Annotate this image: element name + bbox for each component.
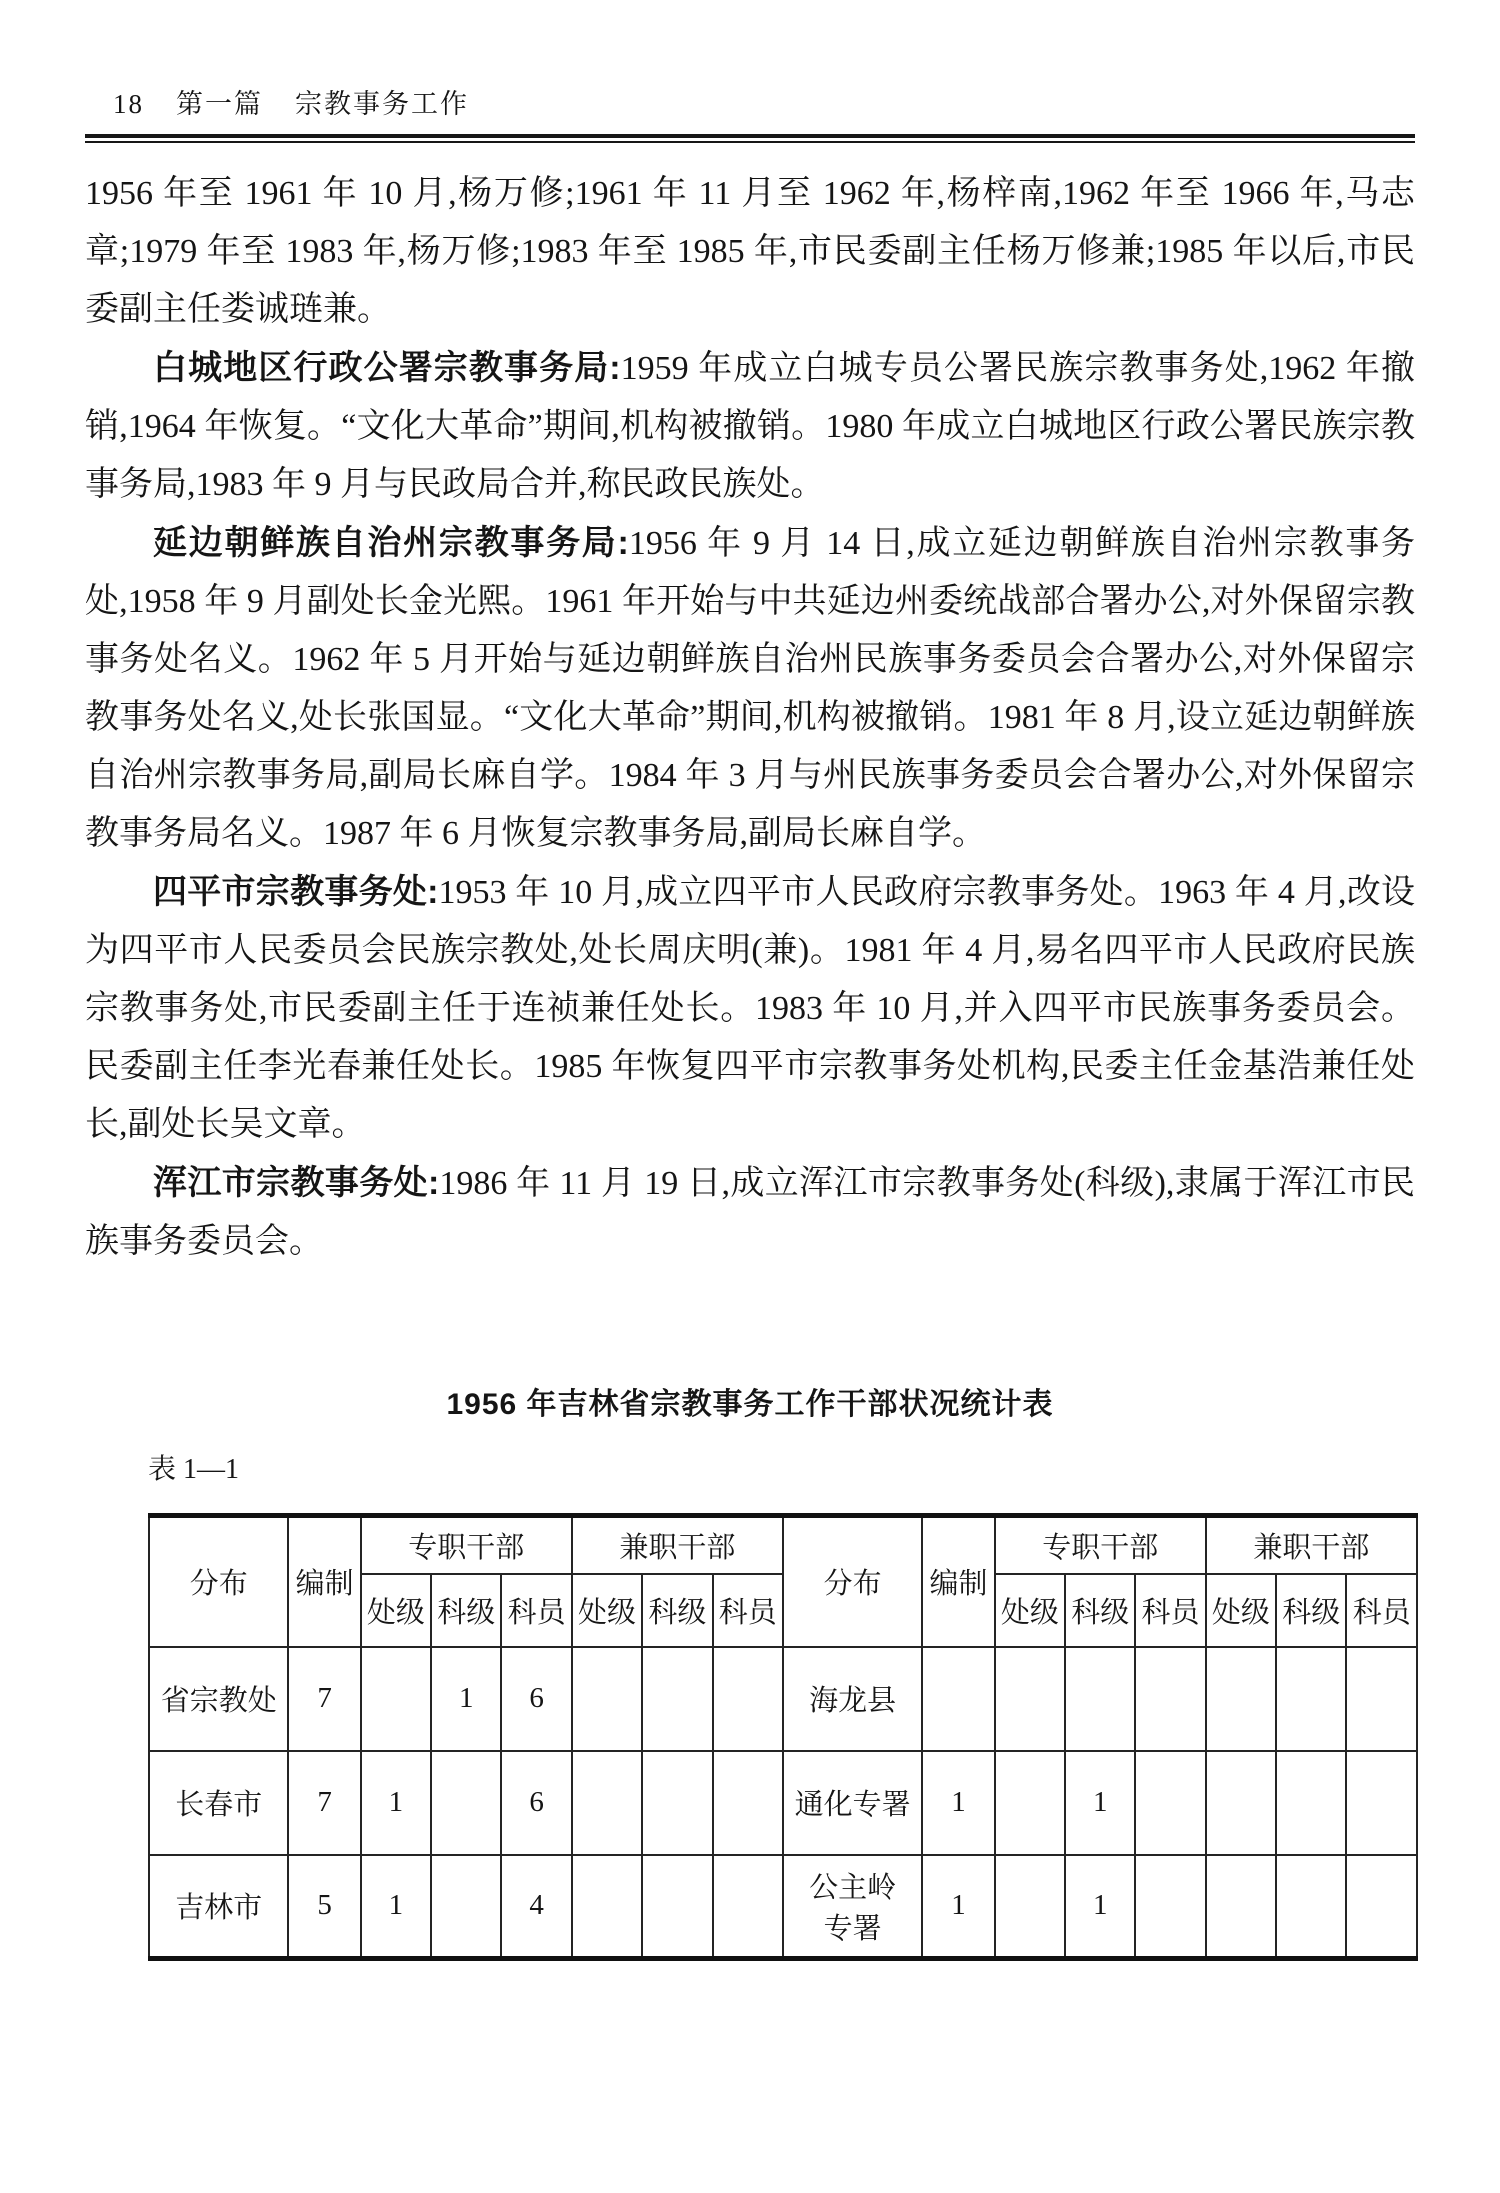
table-cell bbox=[995, 1647, 1065, 1751]
table-cell bbox=[572, 1855, 642, 1959]
row-label: 通化专署 bbox=[783, 1751, 922, 1855]
col-header-distribution: 分布 bbox=[149, 1516, 288, 1647]
row-label: 公主岭 专署 bbox=[783, 1855, 922, 1959]
table-cell bbox=[1206, 1647, 1276, 1751]
paragraph-text: 1953 年 10 月,成立四平市人民政府宗教事务处。1963 年 4 月,改设… bbox=[85, 874, 1415, 1143]
table-cell bbox=[1206, 1855, 1276, 1959]
table-cell bbox=[922, 1647, 994, 1751]
table-cell: 6 bbox=[501, 1647, 571, 1751]
header-rule bbox=[85, 134, 1415, 143]
table-cell bbox=[1276, 1647, 1346, 1751]
table-cell: 1 bbox=[431, 1647, 501, 1751]
table-cell: 5 bbox=[288, 1855, 360, 1959]
table-cell bbox=[1135, 1751, 1205, 1855]
col-header-fulltime-cadres: 专职干部 bbox=[995, 1516, 1206, 1574]
paragraph-lead: 四平市宗教事务处: bbox=[153, 873, 438, 911]
subcol-keyuan: 科员 bbox=[713, 1574, 783, 1647]
table-cell bbox=[642, 1647, 712, 1751]
col-header-establishment: 编制 bbox=[922, 1516, 994, 1647]
subcol-chuji: 处级 bbox=[572, 1574, 642, 1647]
running-head: 18 第一篇 宗教事务工作 bbox=[85, 82, 1415, 121]
table-cell bbox=[1135, 1647, 1205, 1751]
part-title: 宗教事务工作 bbox=[295, 82, 469, 121]
col-header-parttime-cadres: 兼职干部 bbox=[1206, 1516, 1417, 1574]
cadre-statistics-table: 分布 编制 专职干部 兼职干部 分布 编制 专职干部 兼职干部 处级 科级 科员… bbox=[148, 1513, 1418, 1961]
row-label: 长春市 bbox=[149, 1751, 288, 1855]
paragraph-siping: 四平市宗教事务处:1953 年 10 月,成立四平市人民政府宗教事务处。1963… bbox=[85, 863, 1415, 1154]
table-cell: 1 bbox=[361, 1751, 431, 1855]
subcol-chuji: 处级 bbox=[1206, 1574, 1276, 1647]
subcol-keyuan: 科员 bbox=[1346, 1574, 1417, 1647]
table-cell bbox=[995, 1855, 1065, 1959]
table-cell bbox=[1276, 1751, 1346, 1855]
subcol-keji: 科级 bbox=[1276, 1574, 1346, 1647]
table-cell: 1 bbox=[922, 1855, 994, 1959]
table-cell: 1 bbox=[361, 1855, 431, 1959]
table-label: 表 1—1 bbox=[148, 1447, 1415, 1487]
row-label: 省宗教处 bbox=[149, 1647, 288, 1751]
col-header-distribution: 分布 bbox=[783, 1516, 922, 1647]
table-cell: 4 bbox=[501, 1855, 571, 1959]
paragraph-text: 1956 年 9 月 14 日,成立延边朝鲜族自治州宗教事务处,1958 年 9… bbox=[85, 525, 1415, 852]
paragraph-yanbian: 延边朝鲜族自治州宗教事务局:1956 年 9 月 14 日,成立延边朝鲜族自治州… bbox=[85, 514, 1415, 863]
table-cell: 6 bbox=[501, 1751, 571, 1855]
table-cell bbox=[1276, 1855, 1346, 1959]
table-cell bbox=[642, 1855, 712, 1959]
row-label: 海龙县 bbox=[783, 1647, 922, 1751]
table-cell bbox=[572, 1751, 642, 1855]
table-cell bbox=[361, 1647, 431, 1751]
subcol-keyuan: 科员 bbox=[1135, 1574, 1205, 1647]
table-cell bbox=[1206, 1751, 1276, 1855]
table-caption: 1956 年吉林省宗教事务工作干部状况统计表 bbox=[85, 1379, 1415, 1423]
table-cell: 1 bbox=[922, 1751, 994, 1855]
table-cell: 7 bbox=[288, 1751, 360, 1855]
row-label: 吉林市 bbox=[149, 1855, 288, 1959]
paragraph-lead: 浑江市宗教事务处: bbox=[153, 1164, 439, 1202]
table-row: 长春市 7 1 6 通化专署 1 1 bbox=[149, 1751, 1417, 1855]
table-cell: 1 bbox=[1065, 1751, 1135, 1855]
subcol-keji: 科级 bbox=[642, 1574, 712, 1647]
subcol-keji: 科级 bbox=[1065, 1574, 1135, 1647]
table-cell bbox=[713, 1855, 783, 1959]
table-cell bbox=[431, 1751, 501, 1855]
table-cell bbox=[713, 1751, 783, 1855]
table-cell: 1 bbox=[1065, 1855, 1135, 1959]
table-cell bbox=[1135, 1855, 1205, 1959]
paragraph-text: 1956 年至 1961 年 10 月,杨万修;1961 年 11 月至 196… bbox=[85, 175, 1415, 328]
col-header-fulltime-cadres: 专职干部 bbox=[361, 1516, 572, 1574]
col-header-establishment: 编制 bbox=[288, 1516, 360, 1647]
subcol-keji: 科级 bbox=[431, 1574, 501, 1647]
page-header: 18 第一篇 宗教事务工作 bbox=[85, 82, 1415, 143]
subcol-keyuan: 科员 bbox=[501, 1574, 571, 1647]
part-label: 第一篇 bbox=[176, 82, 263, 121]
subcol-chuji: 处级 bbox=[995, 1574, 1065, 1647]
statistics-table-section: 1956 年吉林省宗教事务工作干部状况统计表 表 1—1 分布 编制 专职干部 … bbox=[85, 1379, 1415, 1961]
body-text: 1956 年至 1961 年 10 月,杨万修;1961 年 11 月至 196… bbox=[85, 165, 1415, 1271]
table-cell bbox=[1065, 1647, 1135, 1751]
page-number: 18 bbox=[113, 89, 144, 120]
paragraph-baicheng: 白城地区行政公署宗教事务局:1959 年成立白城专员公署民族宗教事务处,1962… bbox=[85, 339, 1415, 514]
document-page: 18 第一篇 宗教事务工作 1956 年至 1961 年 10 月,杨万修;19… bbox=[0, 0, 1500, 2193]
table-cell bbox=[995, 1751, 1065, 1855]
table-cell bbox=[642, 1751, 712, 1855]
table-cell bbox=[1346, 1751, 1417, 1855]
table-cell: 7 bbox=[288, 1647, 360, 1751]
subcol-chuji: 处级 bbox=[361, 1574, 431, 1647]
table-cell bbox=[713, 1647, 783, 1751]
table-cell bbox=[431, 1855, 501, 1959]
table-cell bbox=[1346, 1855, 1417, 1959]
table-row: 省宗教处 7 1 6 海龙县 bbox=[149, 1647, 1417, 1751]
paragraph-lead: 延边朝鲜族自治州宗教事务局: bbox=[153, 524, 629, 562]
paragraph-hunjiang: 浑江市宗教事务处:1986 年 11 月 19 日,成立浑江市宗教事务处(科级)… bbox=[85, 1154, 1415, 1271]
col-header-parttime-cadres: 兼职干部 bbox=[572, 1516, 783, 1574]
table-cell bbox=[572, 1647, 642, 1751]
table-row: 吉林市 5 1 4 公主岭 专署 1 1 bbox=[149, 1855, 1417, 1959]
table-cell bbox=[1346, 1647, 1417, 1751]
paragraph-continuation: 1956 年至 1961 年 10 月,杨万修;1961 年 11 月至 196… bbox=[85, 165, 1415, 339]
paragraph-lead: 白城地区行政公署宗教事务局: bbox=[153, 349, 621, 387]
